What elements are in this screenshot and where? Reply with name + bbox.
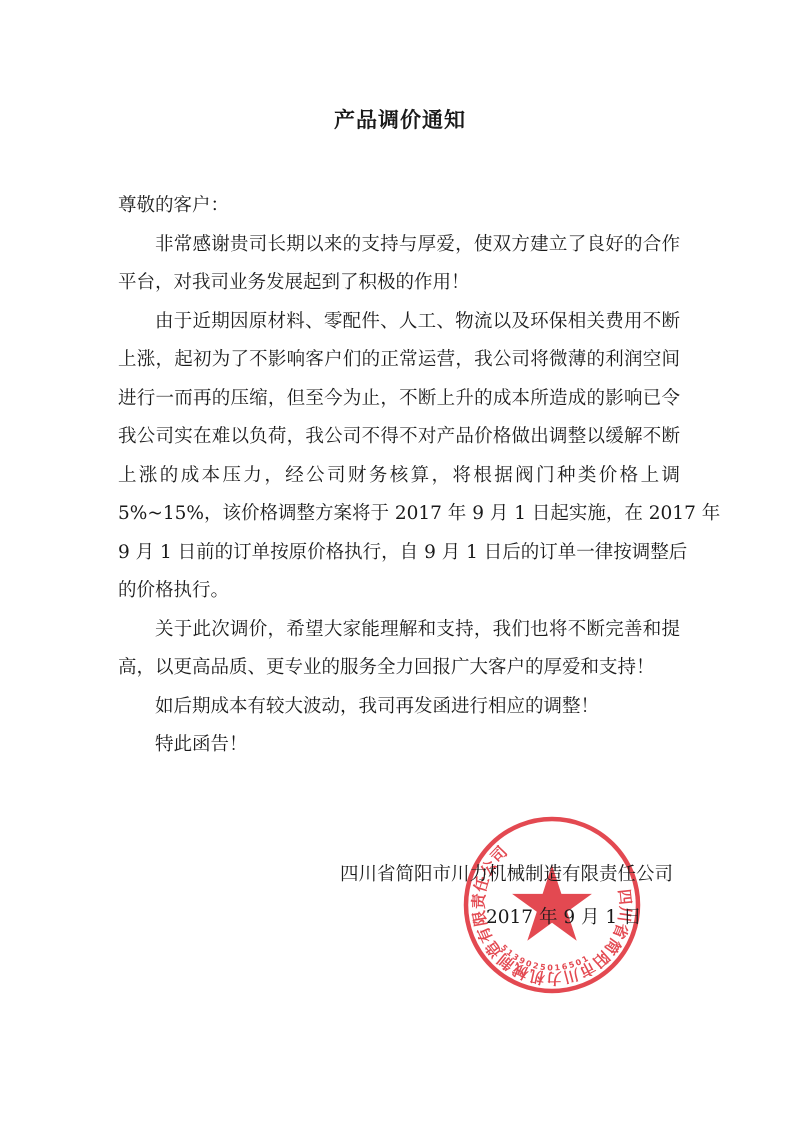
signature-date: 2017 年 9 月 1 日 [486, 903, 642, 929]
document-page: 产品调价通知 尊敬的客户： 非常感谢贵司长期以来的支持与厚爱，使双方建立了良好的… [0, 0, 800, 1131]
paragraph-line: 进行一而再的压缩，但至今为止，不断上升的成本所造成的影响已令 [118, 380, 680, 419]
paragraph-line: 上涨的成本压力，经公司财务核算，将根据阀门种类价格上调 [118, 457, 680, 496]
paragraph-line: 关于此次调价，希望大家能理解和支持，我们也将不断完善和提 [118, 611, 680, 650]
paragraph-line: 由于近期因原材料、零配件、人工、物流以及环保相关费用不断 [118, 303, 680, 342]
paragraph-line: 非常感谢贵司长期以来的支持与厚爱，使双方建立了良好的合作 [118, 226, 680, 265]
paragraph-line: 我公司实在难以负荷，我公司不得不对产品价格做出调整以缓解不断 [118, 418, 680, 457]
document-body: 尊敬的客户： 非常感谢贵司长期以来的支持与厚爱，使双方建立了良好的合作 平台，对… [118, 187, 680, 765]
paragraph-line: 9 月 1 日前的订单按原价格执行，自 9 月 1 日后的订单一律按调整后 [118, 534, 680, 573]
paragraph-line: 高，以更高品质、更专业的服务全力回报广大客户的厚爱和支持！ [118, 649, 680, 688]
closing-line: 特此函告！ [118, 726, 680, 765]
paragraph-line: 平台，对我司业务发展起到了积极的作用！ [118, 264, 680, 303]
paragraph-line: 如后期成本有较大波动，我司再发函进行相应的调整！ [118, 688, 680, 727]
signature-company: 四川省简阳市川力机械制造有限责任公司 [340, 860, 673, 886]
paragraph-line: 5%~15%，该价格调整方案将于 2017 年 9 月 1 日起实施，在 201… [118, 495, 680, 534]
document-title: 产品调价通知 [0, 104, 800, 134]
paragraph-line: 上涨，起初为了不影响客户们的正常运营，我公司将微薄的利润空间 [118, 341, 680, 380]
salutation: 尊敬的客户： [118, 187, 680, 226]
paragraph-line: 的价格执行。 [118, 572, 680, 611]
